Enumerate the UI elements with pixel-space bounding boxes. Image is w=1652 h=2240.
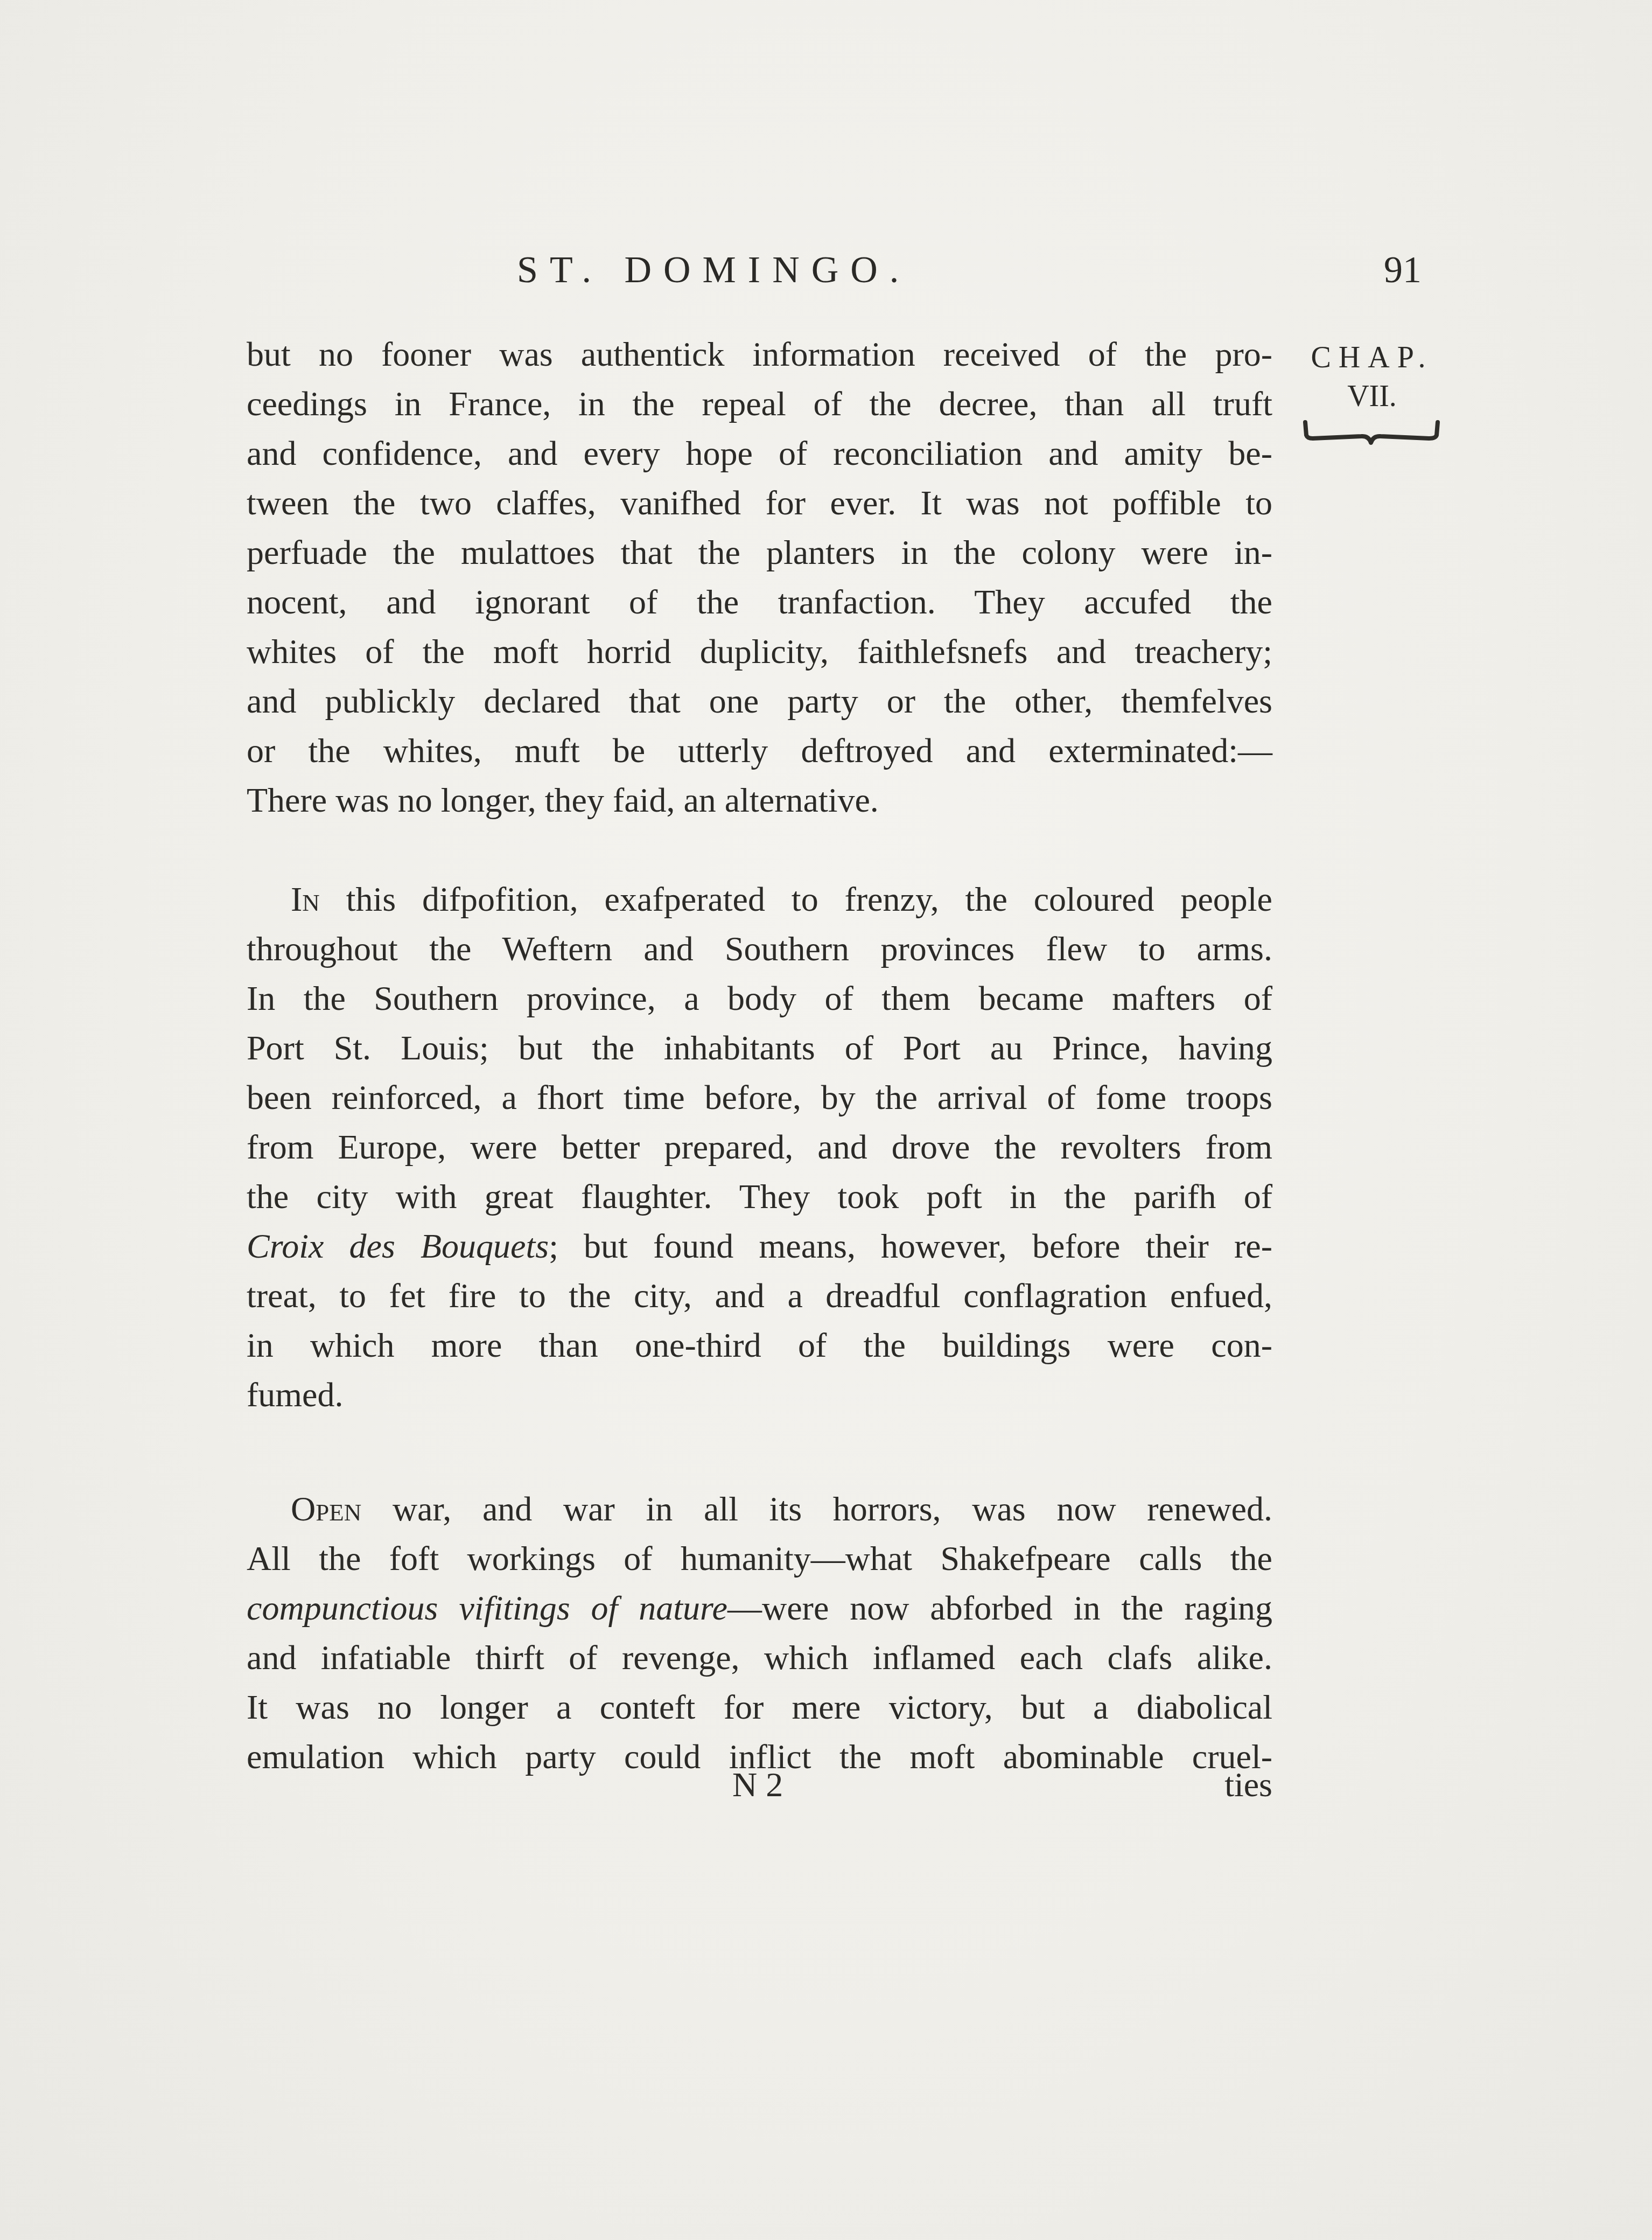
page-footer: N 2 ties [247,1760,1272,1810]
body-text: but no fooner was authentick information… [247,330,1272,1782]
text-line: treat, to fet fire to the city, and a dr… [247,1271,1272,1321]
book-page: ST. DOMINGO. 91 CHAP. VII. but no fooner… [0,0,1652,2240]
line-rest: —were now abforbed in the raging [727,1589,1272,1627]
text-line: throughout the Weftern and Southern prov… [247,924,1272,974]
chapter-label: CHAP. [1302,338,1442,377]
text-line: In this difpofition, exafperated to fren… [247,875,1272,924]
paragraph-1: but no fooner was authentick information… [247,330,1272,825]
text-line: and confidence, and every hope of reconc… [247,429,1272,478]
text-line: and infatiable thirft of revenge, which … [247,1633,1272,1683]
catchword: ties [1224,1760,1272,1810]
text-line: the city with great flaughter. They took… [247,1172,1272,1222]
text-line: Open war, and war in all its horrors, wa… [247,1484,1272,1534]
text-line: Croix des Bouquets; but found means, how… [247,1222,1272,1271]
running-head-title: ST. DOMINGO. [517,249,911,292]
text-line: been reinforced, a fhort time before, by… [247,1073,1272,1122]
text-line: ceedings in France, in the repeal of the… [247,379,1272,429]
text-line: tween the two claffes, vanifhed for ever… [247,478,1272,528]
line-rest: war, and war in all its horrors, was now… [361,1490,1272,1528]
text-line: but no fooner was authentick information… [247,330,1272,379]
paragraph-2: In this difpofition, exafperated to fren… [247,875,1272,1420]
paragraph-spacer [247,1420,1272,1484]
text-line: perfuade the mulattoes that the planters… [247,528,1272,577]
italic-quotation: compunctious vifitings of nature [247,1589,727,1627]
text-line: and publickly declared that one party or… [247,676,1272,726]
text-line: from Europe, were better prepared, and d… [247,1122,1272,1172]
text-line: It was no longer a conteft for mere vict… [247,1683,1272,1732]
page-number: 91 [1384,249,1422,292]
italic-place-name: Croix des Bouquets [247,1227,549,1265]
paragraph-3: Open war, and war in all its horrors, wa… [247,1484,1272,1782]
chapter-number: VII. [1302,377,1442,416]
text-line: in which more than one-third of the buil… [247,1321,1272,1370]
lead-smallcaps: In [291,880,320,918]
text-line: Port St. Louis; but the inhabitants of P… [247,1023,1272,1073]
paragraph-spacer [247,825,1272,875]
signature-mark: N 2 [732,1760,783,1810]
text-line: or the whites, muft be utterly deftroyed… [247,726,1272,776]
chapter-margin-note: CHAP. VII. [1302,338,1442,446]
text-line: fumed. [247,1370,1272,1420]
line-rest: this difpofition, exafperated to frenzy,… [320,880,1272,918]
lead-smallcaps: Open [291,1490,361,1528]
text-line: All the foft workings of humanity—what S… [247,1534,1272,1583]
text-line: nocent, and ignorant of the tranfaction.… [247,577,1272,627]
text-line: compunctious vifitings of nature—were no… [247,1583,1272,1633]
text-line: There was no longer, they faid, an alter… [247,776,1272,825]
line-rest: ; but found means, however, before their… [549,1227,1272,1265]
brace-ornament-icon [1302,419,1442,446]
text-line: In the Southern province, a body of them… [247,974,1272,1023]
text-line: whites of the moft horrid duplicity, fai… [247,627,1272,676]
